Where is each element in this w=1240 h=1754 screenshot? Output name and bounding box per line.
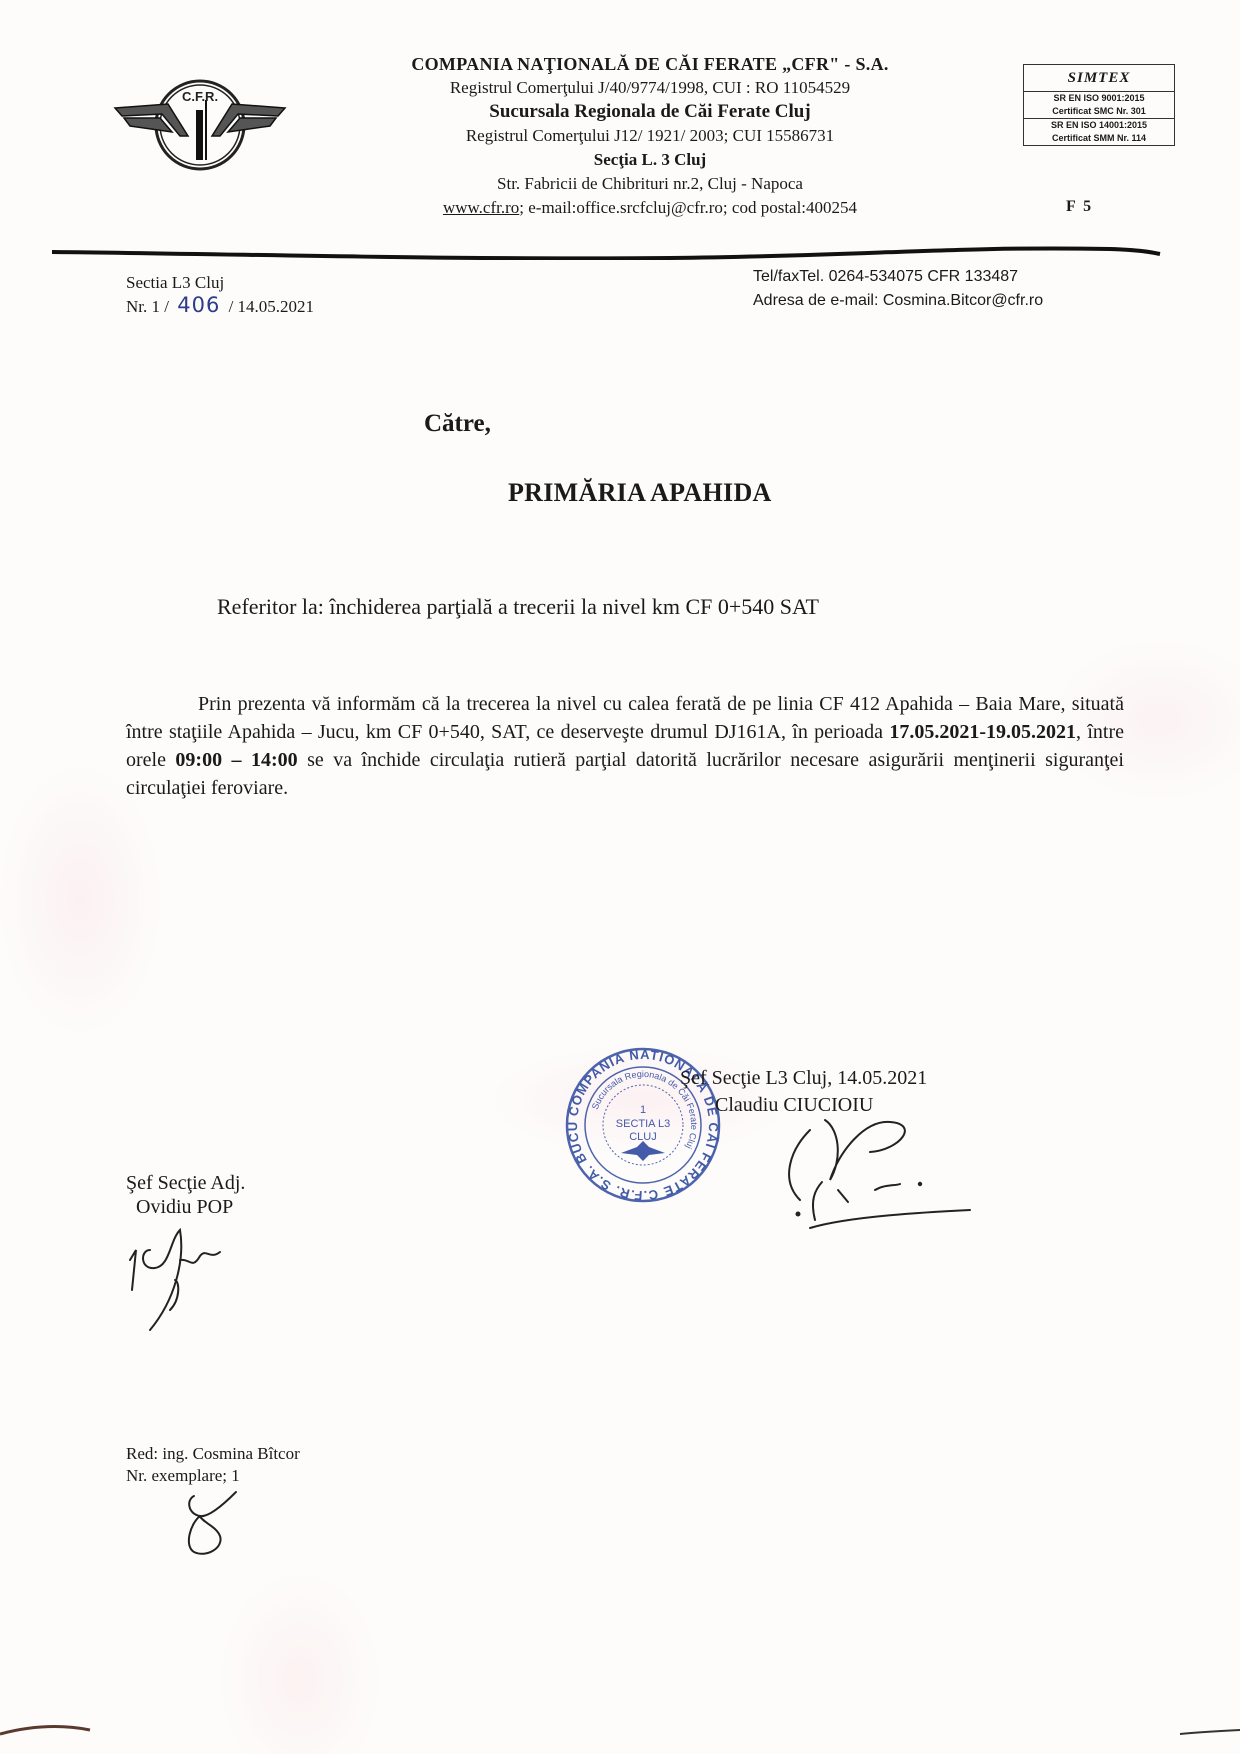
registration-number: Nr. 1 / 406 / 14.05.2021: [126, 294, 314, 318]
certification-brand: SIMTEX: [1024, 65, 1174, 92]
reference-block: Sectia L3 Cluj Nr. 1 / 406 / 14.05.2021: [126, 271, 314, 318]
salutation: Către,: [424, 410, 491, 438]
cfr-logo-icon: C.F.R.: [110, 70, 290, 180]
svg-text:1: 1: [640, 1104, 646, 1116]
signatory-name-left: Ovidiu POP: [136, 1196, 233, 1219]
header-divider: [50, 240, 1162, 260]
cert-standard-14001: SR EN ISO 14001:2015: [1024, 118, 1174, 132]
form-code: F 5: [1066, 198, 1093, 216]
contact-line: www.cfr.ro; e-mail:office.srcfcluj@cfr.r…: [360, 196, 940, 220]
registration-prefix: Nr. 1 /: [126, 297, 169, 316]
cert-number-smm: Certificat SMM Nr. 114: [1024, 132, 1174, 145]
subject-line: Referitor la: închiderea parţială a trec…: [217, 594, 819, 620]
company-name: COMPANIA NAŢIONALĂ DE CĂI FERATE „CFR" -…: [360, 52, 940, 76]
signature-left-icon: [120, 1220, 250, 1335]
certification-box: SIMTEX SR EN ISO 9001:2015 Certificat SM…: [1023, 64, 1175, 146]
letterhead: COMPANIA NAŢIONALĂ DE CĂI FERATE „CFR" -…: [360, 52, 940, 220]
letter-body: Prin prezenta vă informăm că la trecerea…: [126, 690, 1124, 802]
signatory-title-right: Şef Secţie L3 Cluj, 14.05.2021: [680, 1067, 927, 1090]
phone-fax: Tel/faxTel. 0264-534075 CFR 133487: [753, 265, 1043, 289]
registration-date: / 14.05.2021: [229, 297, 314, 316]
closure-period: 17.05.2021-19.05.2021: [889, 721, 1076, 743]
drafted-by: Red: ing. Cosmina Bîtcor: [126, 1443, 300, 1465]
copy-count: Nr. exemplare; 1: [126, 1465, 300, 1487]
document-page: C.F.R. COMPANIA NAŢIONALĂ DE CĂI FERATE …: [0, 0, 1240, 1754]
signature-right-icon: [770, 1110, 1000, 1230]
footer-block: Red: ing. Cosmina Bîtcor Nr. exemplare; …: [126, 1443, 300, 1487]
initials-icon: [180, 1488, 250, 1558]
cert-standard-9001: SR EN ISO 9001:2015: [1024, 92, 1174, 105]
contact-email: Adresa de e-mail: Cosmina.Bitcor@cfr.ro: [753, 289, 1043, 313]
cert-number-smc: Certificat SMC Nr. 301: [1024, 105, 1174, 118]
closure-hours: 09:00 – 14:00: [175, 749, 297, 771]
svg-text:SECTIA L3: SECTIA L3: [616, 1118, 670, 1130]
company-registry: Registrul Comerţului J/40/9774/1998, CUI…: [360, 76, 940, 100]
page-edge: [0, 1722, 1240, 1736]
website-link[interactable]: www.cfr.ro: [443, 198, 519, 217]
reference-section: Sectia L3 Cluj: [126, 271, 314, 294]
address: Str. Fabricii de Chibrituri nr.2, Cluj -…: [360, 172, 940, 196]
recipient: PRIMĂRIA APAHIDA: [508, 478, 772, 508]
signatory-title-left: Şef Secţie Adj.: [126, 1170, 245, 1196]
contact-block: Tel/faxTel. 0264-534075 CFR 133487 Adres…: [753, 265, 1043, 313]
contact-details: ; e-mail:office.srcfcluj@cfr.ro; cod pos…: [519, 198, 857, 217]
branch-registry: Registrul Comerţului J12/ 1921/ 2003; CU…: [360, 124, 940, 148]
handwritten-number: 406: [173, 293, 224, 317]
section-name: Secţia L. 3 Cluj: [360, 148, 940, 172]
branch-name: Sucursala Regionala de Căi Ferate Cluj: [360, 100, 940, 124]
svg-text:C.F.R.: C.F.R.: [182, 89, 218, 104]
